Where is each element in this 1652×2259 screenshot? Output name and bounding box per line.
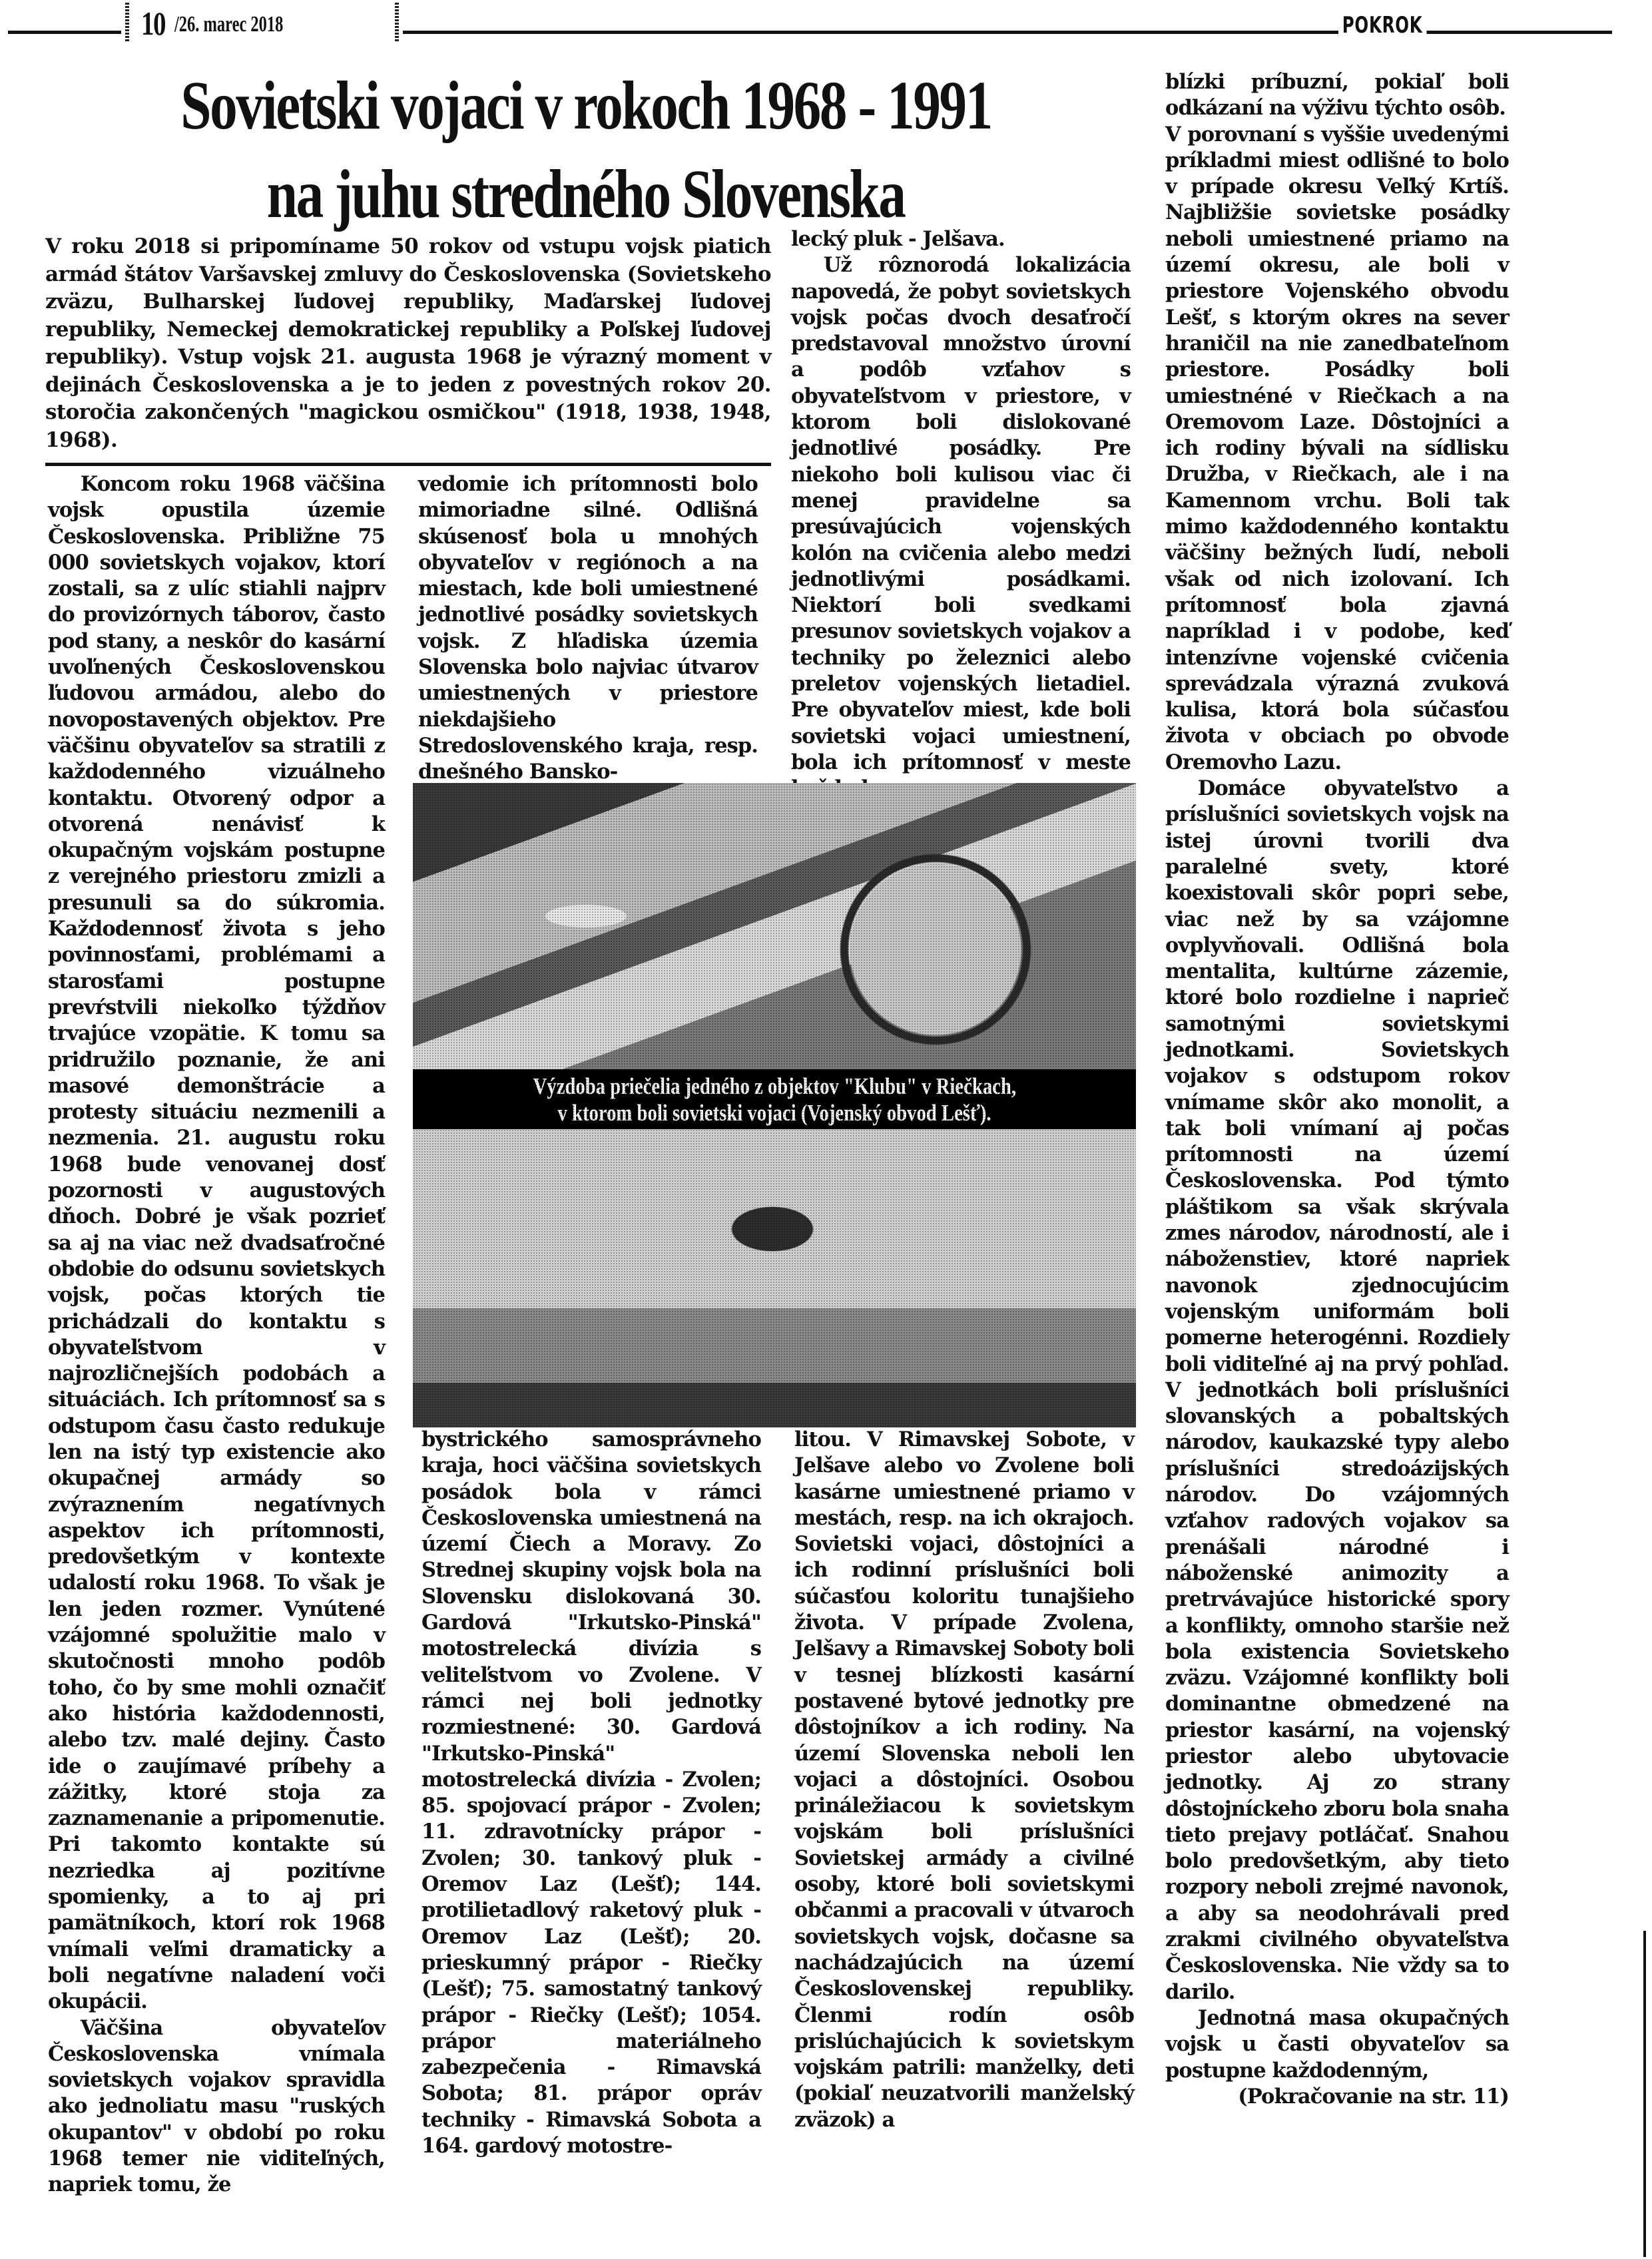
page-edge — [1643, 1931, 1646, 2257]
issue-date: /26. marec 2018 — [174, 12, 283, 37]
paragraph: Domáce obyvateľstvo a príslušníci soviet… — [1165, 776, 1509, 2005]
paragraph: vedomie ich prítomnosti bolo mimoriadne … — [418, 471, 758, 786]
paragraph: V porovnaní s vyššie uvedenými príkladmi… — [1165, 122, 1509, 776]
header-divider — [395, 1, 399, 41]
halftone-overlay — [413, 783, 1136, 1427]
article-column-2-bottom: bystrického samosprávneho kraja, hoci vä… — [421, 1427, 761, 2159]
paragraph: litou. V Rimavskej Sobote, v Jelšave ale… — [794, 1427, 1134, 2133]
article-column-2-top: vedomie ich prítomnosti bolo mimoriadne … — [418, 471, 758, 786]
page-header: 10 /26. marec 2018 POKROK — [0, 0, 1652, 53]
paragraph: blízki príbuzní, pokiaľ boli odkázaní na… — [1165, 69, 1509, 122]
article-column-3-top: lecký pluk - Jelšava. Už rôznorodá lokal… — [791, 226, 1131, 802]
headline-line-1: Sovietski vojaci v rokoch 1968 - 1991 — [180, 61, 991, 150]
publication-name: POKROK — [1338, 12, 1426, 39]
paragraph: Koncom roku 1968 väčšina vojsk opustila … — [48, 471, 385, 2015]
paragraph: Väčšina obyvateľov Československa vnímal… — [48, 2015, 385, 2198]
article-column-4: blízki príbuzní, pokiaľ boli odkázaní na… — [1165, 69, 1509, 2110]
paragraph: lecký pluk - Jelšava. — [791, 226, 1131, 252]
article-photo: Výzdoba priečelia jedného z objektov "Kl… — [413, 783, 1136, 1427]
page-number: 10 — [141, 4, 165, 43]
article-lead: V roku 2018 si pripomíname 50 rokov od v… — [45, 233, 771, 454]
headline-line-2: na juhu stredného Slovenska — [267, 150, 905, 238]
continuation-note: (Pokračovanie na str. 11) — [1165, 2084, 1509, 2110]
article-column-1: Koncom roku 1968 väčšina vojsk opustila … — [48, 471, 385, 2198]
paragraph: Už rôznorodá lokalizácia napovedá, že po… — [791, 252, 1131, 802]
header-rule-left — [8, 31, 121, 34]
article-headline: Sovietski vojaci v rokoch 1968 - 1991 na… — [40, 61, 1132, 238]
lead-divider — [45, 463, 771, 466]
article-column-3-bottom: litou. V Rimavskej Sobote, v Jelšave ale… — [794, 1427, 1134, 2133]
paragraph: Jednotná masa okupačných vojsk u časti o… — [1165, 2005, 1509, 2084]
paragraph: bystrického samosprávneho kraja, hoci vä… — [421, 1427, 761, 2159]
header-divider — [125, 1, 129, 41]
header-rule-right — [403, 31, 1612, 34]
